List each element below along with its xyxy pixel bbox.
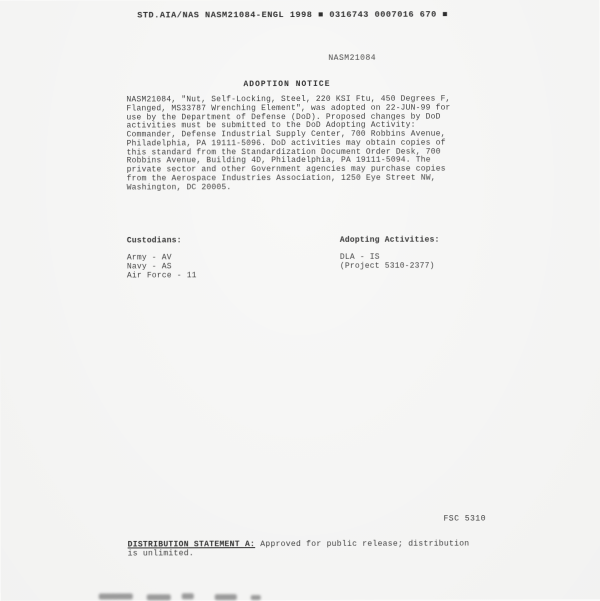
page-title: ADOPTION NOTICE [243, 80, 330, 89]
scanned-document-page: STD.AIA/NAS NASM21084-ENGL 1998 ■ 031674… [0, 0, 600, 600]
adopting-activities-list: DLA - IS (Project 5310-2377) [340, 254, 440, 272]
scan-artifact [251, 595, 261, 600]
scan-artifact [147, 594, 171, 600]
distribution-statement: DISTRIBUTION STATEMENT A: Approved for p… [128, 530, 528, 558]
custodians-block: Custodians: Army - AV Navy - AS Air Forc… [127, 228, 197, 289]
document-number: NASM21084 [328, 54, 376, 63]
scan-header-line: STD.AIA/NAS NASM21084-ENGL 1998 ■ 031674… [137, 10, 448, 21]
fsc-code: FSC 5310 [444, 515, 486, 524]
scan-artifact [99, 593, 133, 599]
distribution-statement-label: DISTRIBUTION STATEMENT A: [128, 540, 256, 549]
adoption-notice-body: NASM21084, "Nut, Self-Locking, Steel, 22… [126, 96, 486, 193]
adopting-activities-block: Adopting Activities: DLA - IS (Project 5… [340, 228, 440, 280]
scan-artifact [215, 594, 237, 600]
adopting-activities-heading: Adopting Activities: [340, 236, 440, 245]
custodians-heading: Custodians: [127, 237, 197, 246]
scan-artifact [182, 593, 194, 599]
custodians-list: Army - AV Navy - AS Air Force - 11 [127, 254, 197, 280]
